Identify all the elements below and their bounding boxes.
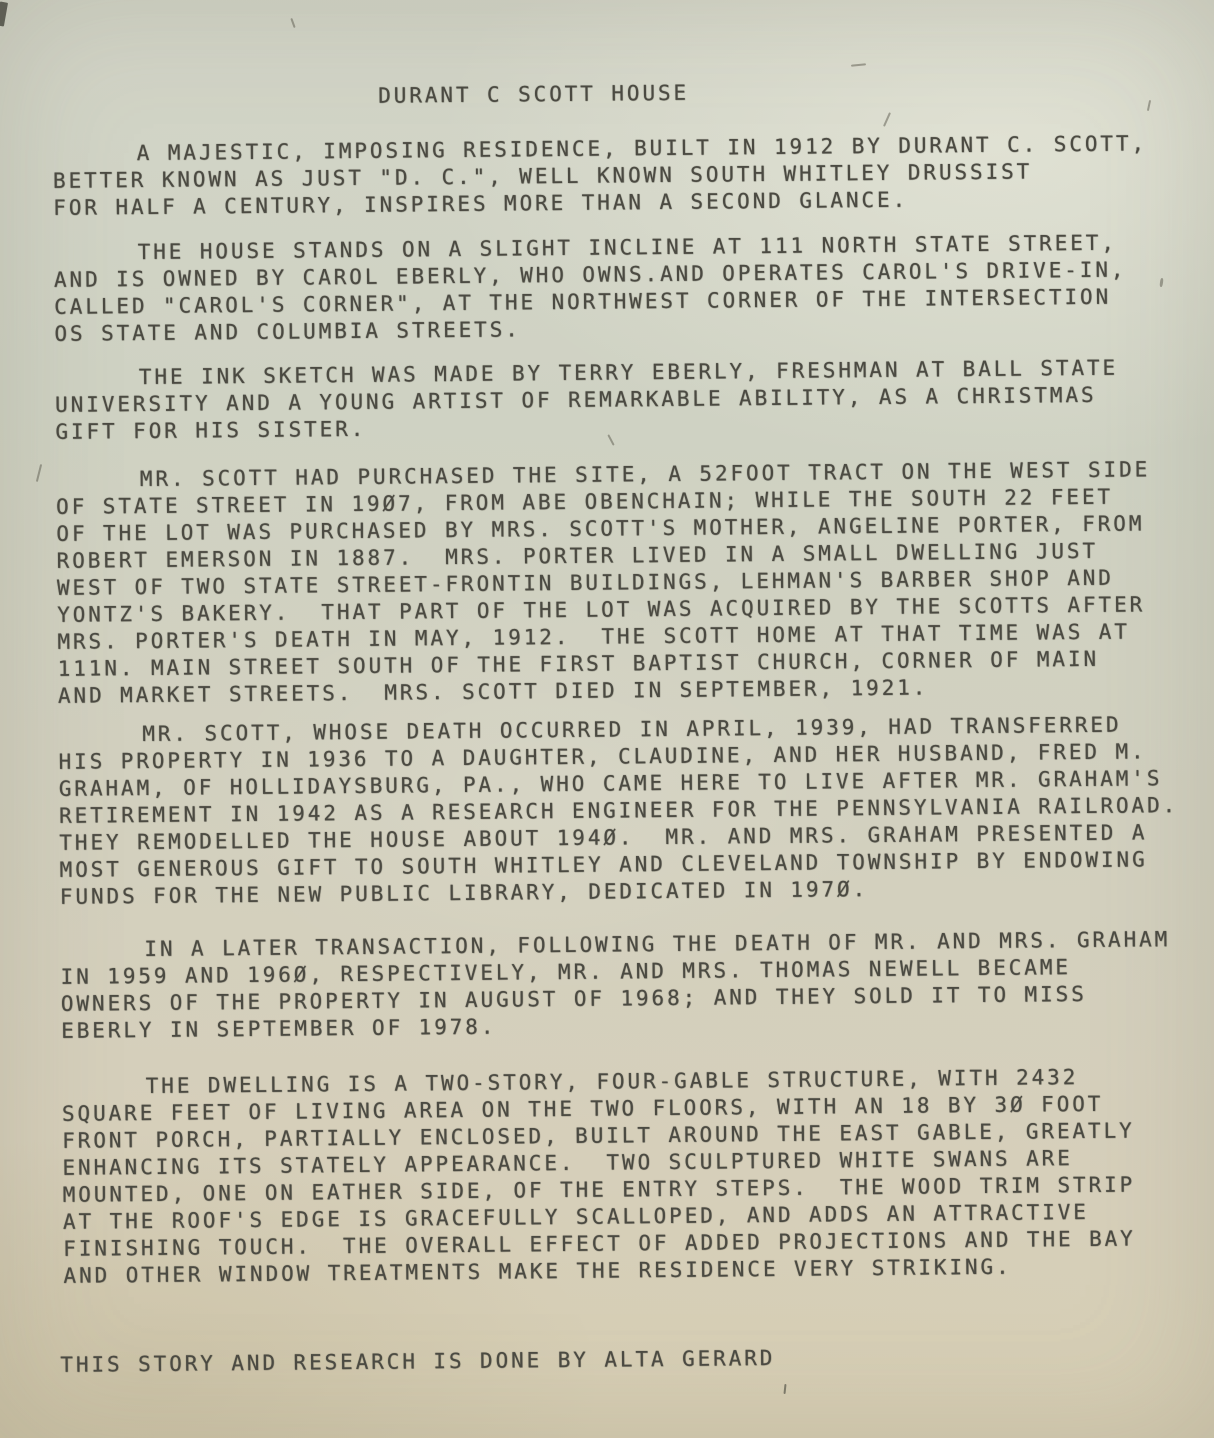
paragraph-6: IN A LATER TRANSACTION, FOLLOWING THE DE… (60, 926, 1171, 1045)
paragraph-5: MR. SCOTT, WHOSE DEATH OCCURRED IN APRIL… (58, 711, 1179, 911)
paragraph-2: THE HOUSE STANDS ON A SLIGHT INCLINE AT … (54, 230, 1127, 348)
paragraph-4: MR. SCOTT HAD PURCHASED THE SITE, A 52FO… (56, 456, 1153, 709)
paragraph-7: THE DWELLING IS A TWO-STORY, FOUR-GABLE … (62, 1064, 1137, 1290)
document-title: DURANT C SCOTT HOUSE (378, 80, 689, 110)
paragraph-3: THE INK SKETCH WAS MADE BY TERRY EBERLY,… (55, 355, 1119, 446)
document-byline: THIS STORY AND RESEARCH IS DONE BY ALTA … (60, 1345, 775, 1379)
typewritten-document-page: DURANT C SCOTT HOUSE A MAJESTIC, IMPOSIN… (0, 0, 1214, 1438)
paragraph-1: A MAJESTIC, IMPOSING RESIDENCE, BUILT IN… (53, 130, 1148, 222)
document-content: DURANT C SCOTT HOUSE A MAJESTIC, IMPOSIN… (0, 0, 1214, 1438)
